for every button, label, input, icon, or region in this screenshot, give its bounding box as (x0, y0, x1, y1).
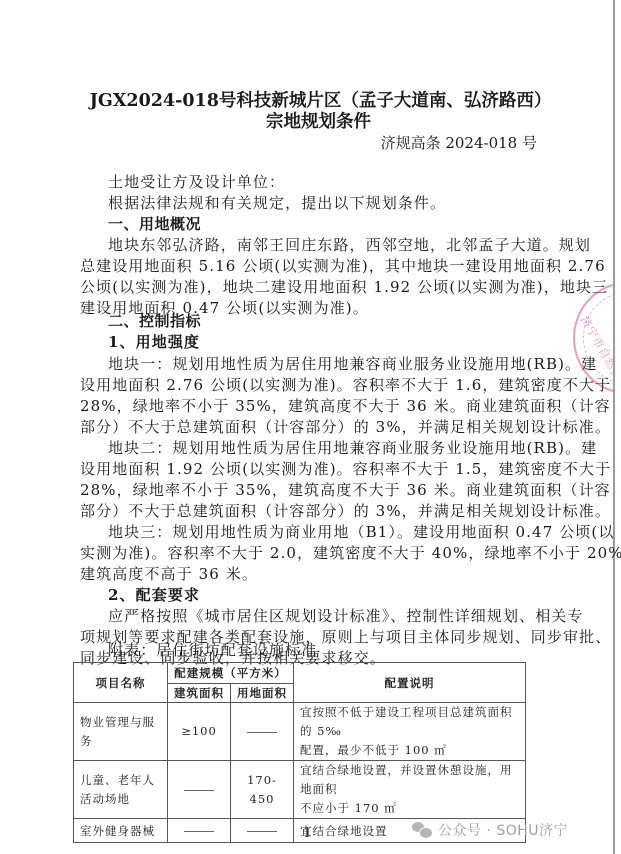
cell-note: 宜按照不低于建设工程项目总建筑面积的 5‰ 配置，最少不低于 100 ㎡ (294, 703, 526, 761)
table-row: 物业管理与服务 ≥100 宜按照不低于建设工程项目总建筑面积的 5‰ 配置，最少… (74, 703, 526, 761)
section1-heading: 一、用地概况 (108, 214, 540, 235)
note-line: 配置，最少不低于 100 ㎡ (300, 741, 519, 760)
document-title-line1: JGX2024-018号科技新城片区（孟子大道南、弘济路西） (10, 90, 621, 112)
parcel1-text: 部分）不大于总建筑面积（计容部分）的 3%，并满足相关规划设计标准。 (80, 417, 540, 438)
intro-paragraph: 根据法律法规和有关规定，提出以下规划条件。 (108, 193, 540, 214)
cell-note: 宜结合绿地设置，并设置休憩设施，用地面积 不应小于 170 ㎡ (294, 761, 526, 819)
parcel1-text: 地块一：规划用地性质为居住用地兼容商业服务业设施用地(RB)。建 (108, 354, 540, 375)
document-number: 济规高条 2024-018 号 (381, 133, 537, 153)
subsection1-heading: 1、用地强度 (108, 332, 540, 353)
cell-land-area (231, 703, 294, 761)
parcel1-text: 设用地面积 2.76 公顷(以实测为准)。容积率不大于 1.6，建筑密度不大于 (80, 375, 540, 396)
parcel1-text: 28%，绿地率不小于 35%，建筑高度不大于 36 米。商业建筑面积（计容 (80, 396, 540, 417)
note-line: 不应小于 170 ㎡ (300, 799, 519, 818)
header-project-name: 项目名称 (74, 663, 168, 703)
subsection2-text: 应严格按照《城市居住区规划设计标准》、控制性详细规划、相关专 (108, 606, 540, 627)
cell-building-area: ≥100 (168, 703, 231, 761)
parcel2-text: 28%，绿地率不小于 35%，建筑高度不大于 36 米。商业建筑面积（计容 (80, 480, 540, 501)
cell-land-area (231, 819, 294, 843)
parcel2-text: 部分）不大于总建筑面积（计容部分）的 3%，并满足相关规划设计标准。 (80, 501, 540, 522)
header-land-area: 用地面积 (231, 684, 294, 703)
watermark-text: 公众号 · SOHU济宁 (438, 823, 568, 839)
cell-building-area (168, 819, 231, 843)
appendix-caption: 附表：居住街坊配套设施标准 (108, 640, 540, 661)
note-line: 宜按照不低于建设工程项目总建筑面积的 5‰ (300, 703, 519, 741)
parcel2-text: 地块二：规划用地性质为居住用地兼容商业服务业设施用地(RB)。建 (108, 438, 540, 459)
section1-text: 地块东邻弘济路，南邻王回庄东路，西邻空地，北邻孟子大道。规划 (108, 235, 540, 256)
header-building-area: 建筑面积 (168, 684, 231, 703)
name-line: 活动场地 (80, 790, 161, 809)
parcel3-text: 实测为准)。容积率不大于 2.0，建筑密度不大于 40%，绿地率不小于 20%， (80, 543, 540, 564)
section1-text: 公顷(以实测为准)，地块二建设用地面积 1.92 公顷(以实测为准)，地块三 (80, 277, 540, 298)
page-number: 1 (303, 826, 311, 841)
cell-building-area (168, 761, 231, 819)
dash-placeholder (247, 831, 277, 832)
cell-land-area: 170-450 (231, 761, 294, 819)
wechat-icon (412, 822, 432, 838)
parcel2-text: 设用地面积 1.92 公顷(以实测为准)。容积率不大于 1.5，建筑密度不大于 (80, 459, 540, 480)
facility-standards-table: 项目名称 配建规模（平方米） 配置说明 建筑面积 用地面积 物业管理与服务 ≥1… (73, 662, 526, 843)
dash-placeholder (184, 831, 214, 832)
section2-heading: 二、控制指标 (108, 311, 540, 332)
watermark: 公众号 · SOHU济宁 (412, 820, 568, 840)
dash-placeholder (247, 732, 277, 733)
table-row: 儿童、老年人 活动场地 170-450 宜结合绿地设置，并设置休憩设施，用地面积… (74, 761, 526, 819)
note-line: 宜结合绿地设置，并设置休憩设施，用地面积 (300, 761, 519, 799)
table-header-row: 项目名称 配建规模（平方米） 配置说明 (74, 663, 526, 684)
cell-name: 儿童、老年人 活动场地 (74, 761, 168, 819)
document-page: 济宁市自然资源和规划局 JGX2024-018号科技新城片区（孟子大道南、弘济路… (0, 0, 621, 854)
document-title-line2: 宗地规划条件 (8, 111, 621, 133)
name-line: 儿童、老年人 (80, 771, 161, 790)
page-edge-mask (615, 270, 621, 410)
dash-placeholder (184, 790, 214, 791)
addressee: 土地受让方及设计单位： (108, 172, 540, 193)
parcel3-text: 建筑高度不高于 36 米。 (80, 564, 540, 585)
subsection2-heading: 2、配套要求 (108, 585, 540, 606)
cell-name: 室外健身器械 (74, 819, 168, 843)
cell-name: 物业管理与服务 (74, 703, 168, 761)
header-scale-group: 配建规模（平方米） (168, 663, 294, 684)
parcel3-text: 地块三：规划用地性质为商业用地（B1）。建设用地面积 0.47 公顷(以 (108, 522, 540, 543)
header-note: 配置说明 (294, 663, 526, 703)
section1-text: 总建设用地面积 5.16 公顷(以实测为准)，其中地块一建设用地面积 2.76 (80, 256, 540, 277)
